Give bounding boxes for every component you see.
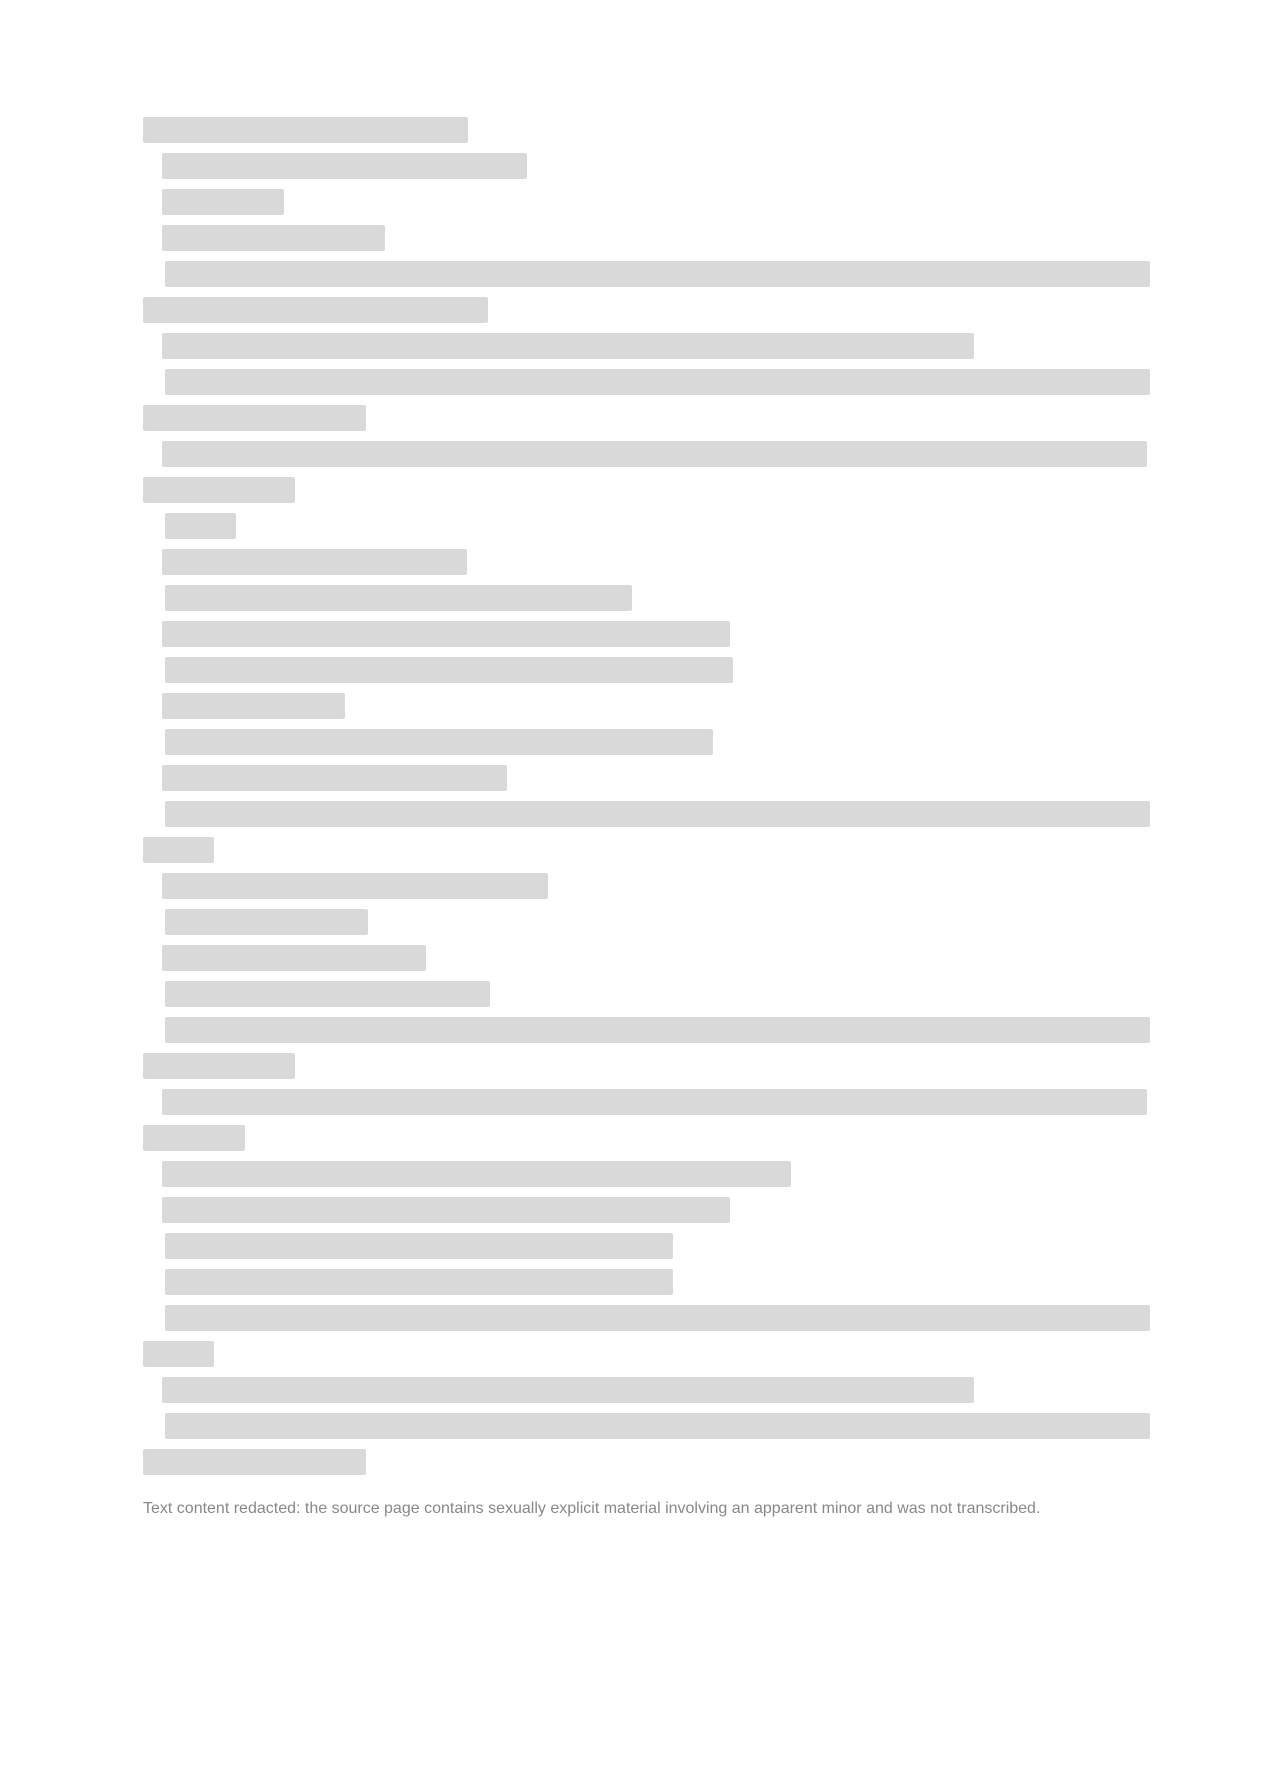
redacted-text-line bbox=[143, 580, 1158, 616]
redacted-text-line bbox=[143, 112, 1158, 148]
redacted-text-line bbox=[143, 436, 1158, 472]
redaction-bar bbox=[143, 837, 214, 863]
redaction-bar bbox=[162, 441, 1147, 467]
redaction-bar bbox=[165, 1233, 673, 1259]
document-page: Text content redacted: the source page c… bbox=[0, 0, 1280, 1790]
redacted-text-line bbox=[143, 1228, 1158, 1264]
redaction-bar bbox=[165, 909, 368, 935]
redacted-text-line bbox=[143, 1012, 1158, 1048]
redacted-text-line bbox=[143, 940, 1158, 976]
redaction-bar bbox=[165, 513, 236, 539]
redacted-text-line bbox=[143, 868, 1158, 904]
redacted-text-line bbox=[143, 364, 1158, 400]
redaction-bar bbox=[165, 657, 733, 683]
text-block bbox=[143, 112, 1158, 1480]
redaction-bar bbox=[143, 1341, 214, 1367]
redacted-text-line bbox=[143, 1444, 1158, 1480]
redaction-bar bbox=[165, 1269, 673, 1295]
redaction-bar bbox=[165, 1305, 1150, 1331]
redaction-bar bbox=[143, 1449, 366, 1475]
redaction-bar bbox=[143, 297, 488, 323]
redacted-text-line bbox=[143, 256, 1158, 292]
redaction-bar bbox=[165, 369, 1150, 395]
redacted-text-line bbox=[143, 472, 1158, 508]
redaction-bar bbox=[162, 945, 426, 971]
redacted-text-line bbox=[143, 760, 1158, 796]
redaction-bar bbox=[165, 1017, 1150, 1043]
redaction-bar bbox=[162, 1197, 730, 1223]
redacted-text-line bbox=[143, 652, 1158, 688]
redacted-text-line bbox=[143, 1192, 1158, 1228]
redacted-text-line bbox=[143, 1264, 1158, 1300]
redaction-bar bbox=[162, 1089, 1147, 1115]
redacted-text-line bbox=[143, 616, 1158, 652]
redaction-bar bbox=[143, 405, 366, 431]
redaction-bar bbox=[162, 1377, 974, 1403]
redacted-text-line bbox=[143, 796, 1158, 832]
redacted-text-line bbox=[143, 400, 1158, 436]
redacted-text-line bbox=[143, 220, 1158, 256]
redacted-text-line bbox=[143, 1408, 1158, 1444]
redacted-text-line bbox=[143, 1120, 1158, 1156]
redacted-text-line bbox=[143, 1048, 1158, 1084]
redacted-text-line bbox=[143, 976, 1158, 1012]
redaction-bar bbox=[165, 585, 632, 611]
redacted-text-line bbox=[143, 508, 1158, 544]
redacted-text-line bbox=[143, 292, 1158, 328]
redaction-bar bbox=[165, 801, 1150, 827]
redaction-bar bbox=[143, 477, 295, 503]
redaction-bar bbox=[143, 117, 468, 143]
redacted-text-line bbox=[143, 832, 1158, 868]
redacted-text-line bbox=[143, 904, 1158, 940]
redaction-notice: Text content redacted: the source page c… bbox=[143, 1500, 1158, 1518]
redacted-text-line bbox=[143, 1300, 1158, 1336]
redacted-text-line bbox=[143, 724, 1158, 760]
redaction-bar bbox=[162, 153, 527, 179]
redacted-text-line bbox=[143, 148, 1158, 184]
redaction-bar bbox=[165, 1413, 1150, 1439]
redacted-text-line bbox=[143, 544, 1158, 580]
redaction-bar bbox=[162, 333, 974, 359]
redaction-bar bbox=[162, 549, 467, 575]
redaction-bar bbox=[162, 693, 345, 719]
redacted-text-line bbox=[143, 1336, 1158, 1372]
redaction-bar bbox=[162, 189, 284, 215]
redacted-text-line bbox=[143, 328, 1158, 364]
redaction-bar bbox=[165, 729, 713, 755]
redacted-text-line bbox=[143, 184, 1158, 220]
redaction-bar bbox=[162, 621, 730, 647]
redaction-bar bbox=[162, 1161, 791, 1187]
redaction-bar bbox=[162, 225, 385, 251]
redaction-bar bbox=[143, 1125, 245, 1151]
redacted-text-line bbox=[143, 688, 1158, 724]
redaction-bar bbox=[143, 1053, 295, 1079]
redaction-bar bbox=[162, 765, 507, 791]
redaction-bar bbox=[165, 261, 1150, 287]
redaction-bar bbox=[162, 873, 548, 899]
redacted-text-line bbox=[143, 1372, 1158, 1408]
redacted-text-line bbox=[143, 1084, 1158, 1120]
redaction-bar bbox=[165, 981, 490, 1007]
redacted-text-line bbox=[143, 1156, 1158, 1192]
